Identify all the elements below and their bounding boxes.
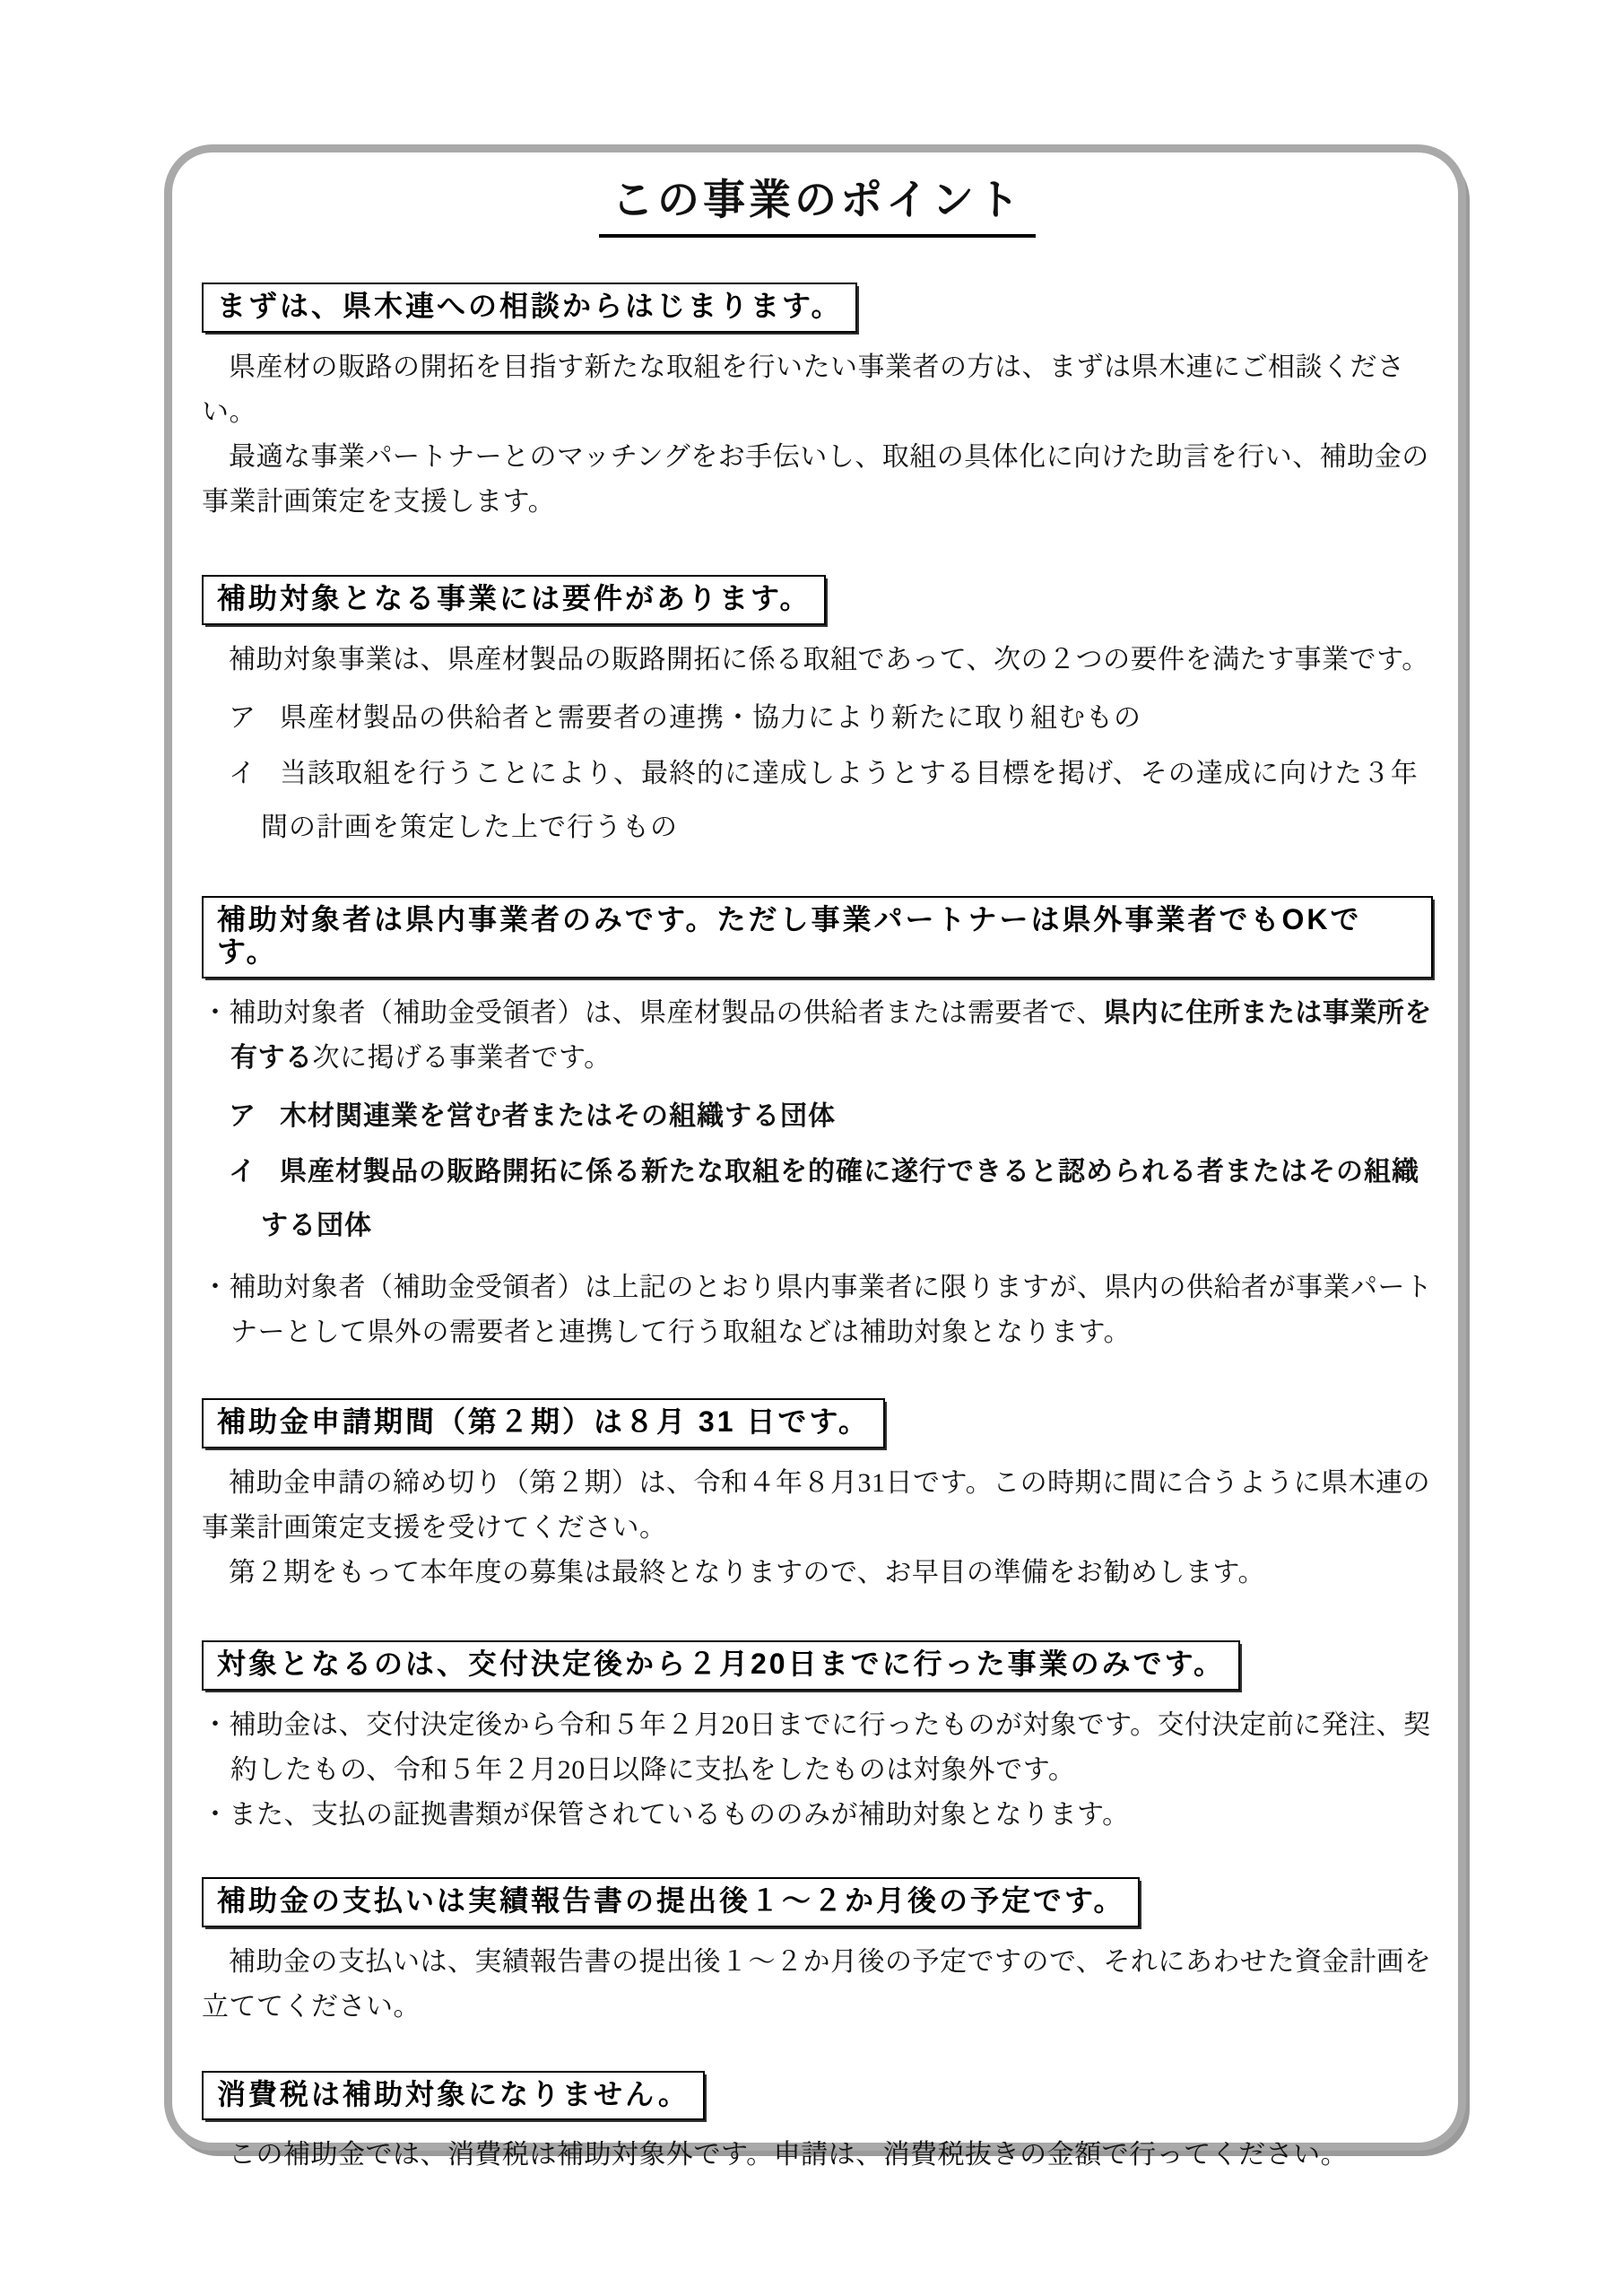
section-deadline: 補助金申請期間（第２期）は８月 31 日です。 補助金申請の締め切り（第２期）は… bbox=[202, 1398, 1433, 1596]
bullet-item: ・また、支払の証拠書類が保管されているもののみが補助対象となります。 bbox=[202, 1793, 1433, 1838]
section-consultation: まずは、県木連への相談からはじまります。 県産材の販路の開拓を目指す新たな取組を… bbox=[202, 283, 1433, 525]
bullet-item: ・補助対象者（補助金受領者）は上記のとおり県内事業者に限りますが、県内の供給者が… bbox=[202, 1265, 1433, 1355]
section-tax-heading: 消費税は補助対象になりません。 bbox=[202, 2071, 705, 2121]
heading-row: 補助金申請期間（第２期）は８月 31 日です。 bbox=[202, 1398, 1433, 1448]
section-eligible: 補助対象者は県内事業者のみです。ただし事業パートナーは県外事業者でもOKです。 … bbox=[202, 896, 1433, 1356]
section-deadline-heading: 補助金申請期間（第２期）は８月 31 日です。 bbox=[202, 1398, 885, 1448]
paragraph: この補助金では、消費税は補助対象外です。申請は、消費税抜きの金額で行ってください… bbox=[202, 2133, 1433, 2178]
section-eligible-heading: 補助対象者は県内事業者のみです。ただし事業パートナーは県外事業者でもOKです。 bbox=[202, 896, 1433, 979]
heading-row: 対象となるのは、交付決定後から２月20日までに行った事業のみです。 bbox=[202, 1640, 1433, 1691]
bullet-marker: ・ bbox=[202, 998, 230, 1028]
paragraph: 補助対象事業は、県産材製品の販路開拓に係る取組であって、次の２つの要件を満たす事… bbox=[202, 638, 1433, 683]
heading-row: 消費税は補助対象になりません。 bbox=[202, 2071, 1433, 2121]
list-item-text: 県産材製品の販路開拓に係る新たな取組を的確に遂行できると認められる者またはその組… bbox=[261, 1157, 1419, 1240]
list-item-label: イ bbox=[229, 1157, 256, 1187]
bullet-text: 補助対象者（補助金受領者）は、県産材製品の供給者または需要者で、 bbox=[230, 998, 1104, 1028]
list-item-text: 県産材製品の供給者と需要者の連携・協力により新たに取り組むもの bbox=[280, 703, 1141, 733]
section-period-heading: 対象となるのは、交付決定後から２月20日までに行った事業のみです。 bbox=[202, 1640, 1240, 1691]
bullet-text: 補助金は、交付決定後から令和５年２月20日までに行ったものが対象です。交付決定前… bbox=[230, 1710, 1431, 1785]
section-tax: 消費税は補助対象になりません。 この補助金では、消費税は補助対象外です。申請は、… bbox=[202, 2071, 1433, 2179]
bullet-marker: ・ bbox=[202, 1710, 230, 1740]
paragraph: 補助金申請の締め切り（第２期）は、令和４年８月31日です。この時期に間に合うよう… bbox=[202, 1461, 1433, 1551]
kana-list: ア木材関連業を営む者またはその組織する団体 イ県産材製品の販路開拓に係る新たな取… bbox=[202, 1090, 1433, 1253]
section-period: 対象となるのは、交付決定後から２月20日までに行った事業のみです。 ・補助金は、… bbox=[202, 1640, 1433, 1838]
bullet-item: ・補助対象者（補助金受領者）は、県産材製品の供給者または需要者で、県内に住所また… bbox=[202, 991, 1433, 1081]
list-item: イ当該取組を行うことにより、最終的に達成しようとする目標を掲げ、その達成に向けた… bbox=[202, 747, 1433, 855]
heading-row: まずは、県木連への相談からはじまります。 bbox=[202, 283, 1433, 333]
paragraph: 補助金の支払いは、実績報告書の提出後１～２か月後の予定ですので、それにあわせた資… bbox=[202, 1940, 1433, 2030]
bullet-text: また、支払の証拠書類が保管されているもののみが補助対象となります。 bbox=[230, 1800, 1130, 1830]
list-item: ア木材関連業を営む者またはその組織する団体 bbox=[202, 1090, 1433, 1144]
list-item-label: イ bbox=[229, 759, 256, 788]
list-item-text: 木材関連業を営む者またはその組織する団体 bbox=[280, 1101, 836, 1131]
bullet-item: ・補助金は、交付決定後から令和５年２月20日までに行ったものが対象です。交付決定… bbox=[202, 1703, 1433, 1793]
document-frame: この事業のポイント まずは、県木連への相談からはじまります。 県産材の販路の開拓… bbox=[164, 144, 1466, 2151]
section-payment: 補助金の支払いは実績報告書の提出後１～２か月後の予定です。 補助金の支払いは、実… bbox=[202, 1877, 1433, 2030]
heading-row: 補助対象となる事業には要件があります。 bbox=[202, 575, 1433, 625]
paragraph: 第２期をもって本年度の募集は最終となりますので、お早目の準備をお勧めします。 bbox=[202, 1551, 1433, 1596]
bullet-text: 次に掲げる事業者です。 bbox=[313, 1043, 612, 1073]
list-item-label: ア bbox=[229, 703, 256, 733]
section-requirements-heading: 補助対象となる事業には要件があります。 bbox=[202, 575, 826, 625]
section-requirements: 補助対象となる事業には要件があります。 補助対象事業は、県産材製品の販路開拓に係… bbox=[202, 575, 1433, 855]
page-title: この事業のポイント bbox=[599, 167, 1036, 238]
bullet-marker: ・ bbox=[202, 1273, 230, 1302]
list-item-text: 当該取組を行うことにより、最終的に達成しようとする目標を掲げ、その達成に向けた３… bbox=[261, 759, 1419, 842]
list-item: イ県産材製品の販路開拓に係る新たな取組を的確に遂行できると認められる者またはその… bbox=[202, 1145, 1433, 1253]
heading-row: 補助対象者は県内事業者のみです。ただし事業パートナーは県外事業者でもOKです。 bbox=[202, 896, 1433, 979]
paragraph: 最適な事業パートナーとのマッチングをお手伝いし、取組の具体化に向けた助言を行い、… bbox=[202, 435, 1433, 525]
section-payment-heading: 補助金の支払いは実績報告書の提出後１～２か月後の予定です。 bbox=[202, 1877, 1140, 1927]
heading-row: 補助金の支払いは実績報告書の提出後１～２か月後の予定です。 bbox=[202, 1877, 1433, 1927]
bullet-marker: ・ bbox=[202, 1800, 230, 1830]
bullet-text: 補助対象者（補助金受領者）は上記のとおり県内事業者に限りますが、県内の供給者が事… bbox=[230, 1273, 1433, 1347]
section-consultation-heading: まずは、県木連への相談からはじまります。 bbox=[202, 283, 857, 333]
list-item-label: ア bbox=[229, 1101, 256, 1131]
kana-list: ア県産材製品の供給者と需要者の連携・協力により新たに取り組むもの イ当該取組を行… bbox=[202, 691, 1433, 855]
paragraph: 県産材の販路の開拓を目指す新たな取組を行いたい事業者の方は、まずは県木連にご相談… bbox=[202, 345, 1433, 435]
title-row: この事業のポイント bbox=[202, 167, 1433, 238]
list-item: ア県産材製品の供給者と需要者の連携・協力により新たに取り組むもの bbox=[202, 691, 1433, 745]
